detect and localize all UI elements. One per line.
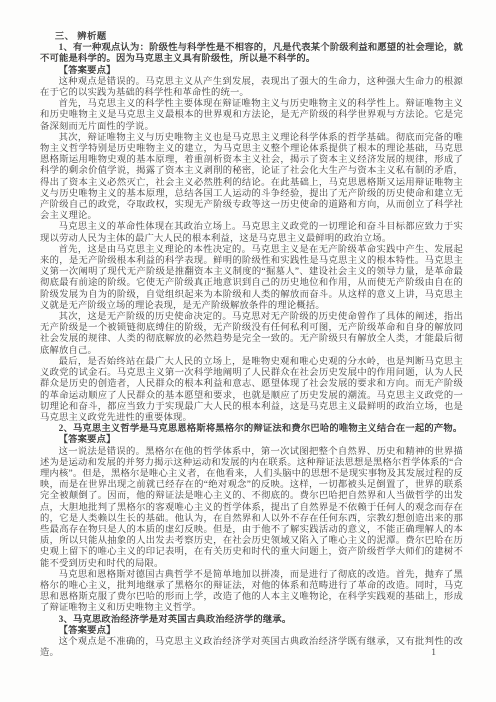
answer-paragraph: 首先，马克思主义的科学性主要体现在辩证唯物主义与历史唯物主义的科学性上。辩证唯物…: [40, 99, 463, 133]
answer-paragraph: 马克思主义的革命性体现在其政治立场上。马克思主义政党的一切理论和奋斗目标都应致力…: [40, 222, 463, 244]
scanned-document-page: 三、 辨析题 1、有一种观点认为：阶级性与科学性是不相容的，凡是代表某个阶级利益…: [0, 0, 496, 702]
document-text-content: 三、 辨析题 1、有一种观点认为：阶级性与科学性是不相容的，凡是代表某个阶级利益…: [40, 32, 463, 659]
answer-paragraph: 其次，这是无产阶级的历史使命决定的。马克思对无产阶级的历史使命曾作了具体的阐述，…: [40, 312, 463, 357]
page-number: 1: [431, 648, 436, 658]
answer-points-label-1: 【答案要点】: [40, 66, 463, 77]
answer-paragraph: 其次，辩证唯物主义与历史唯物主义也是马克思主义理论科学体系的哲学基础。彻底而完备…: [40, 133, 463, 223]
section-heading: 三、 辨析题: [40, 32, 463, 43]
answer-paragraph: 首先，这是由马克思主义理论的本性决定的。马克思主义是在无产阶级革命实践中产生、发…: [40, 245, 463, 312]
answer-paragraph: 这个观点是不准确的，马克思主义政治经济学对英国古典政治经济学既有继承，又有批判性…: [40, 637, 463, 659]
question-2: 2、马克思主义哲学是马克思恩格斯将黑格尔的辩证法和费尔巴哈的唯物主义结合在一起的…: [40, 424, 463, 435]
question-3: 3、马克思政治经济学是对英国古典政治经济学的继承。: [40, 615, 463, 626]
answer-points-label-2: 【答案要点】: [40, 435, 463, 446]
answer-paragraph: 马克思和恩格斯对德国古典哲学不是简单地加以拼凑，而是进行了彻底的改造。首先，抛弃…: [40, 570, 463, 615]
answer-paragraph: 这种观点是错误的。马克思主义从产生到发展，表现出了强大的生命力，这种强大生命力的…: [40, 77, 463, 99]
question-1: 1、有一种观点认为：阶级性与科学性是不相容的，凡是代表某个阶级利益和愿望的社会理…: [40, 43, 463, 65]
answer-points-label-3: 【答案要点】: [40, 626, 463, 637]
answer-paragraph: 最后，是否始终站在最广大人民的立场上，是唯物史观和唯心史观的分水岭，也是判断马克…: [40, 357, 463, 424]
answer-paragraph: 这一说法是错误的。黑格尔在他的哲学体系中，第一次试图把整个自然界、历史和精神的世…: [40, 447, 463, 570]
